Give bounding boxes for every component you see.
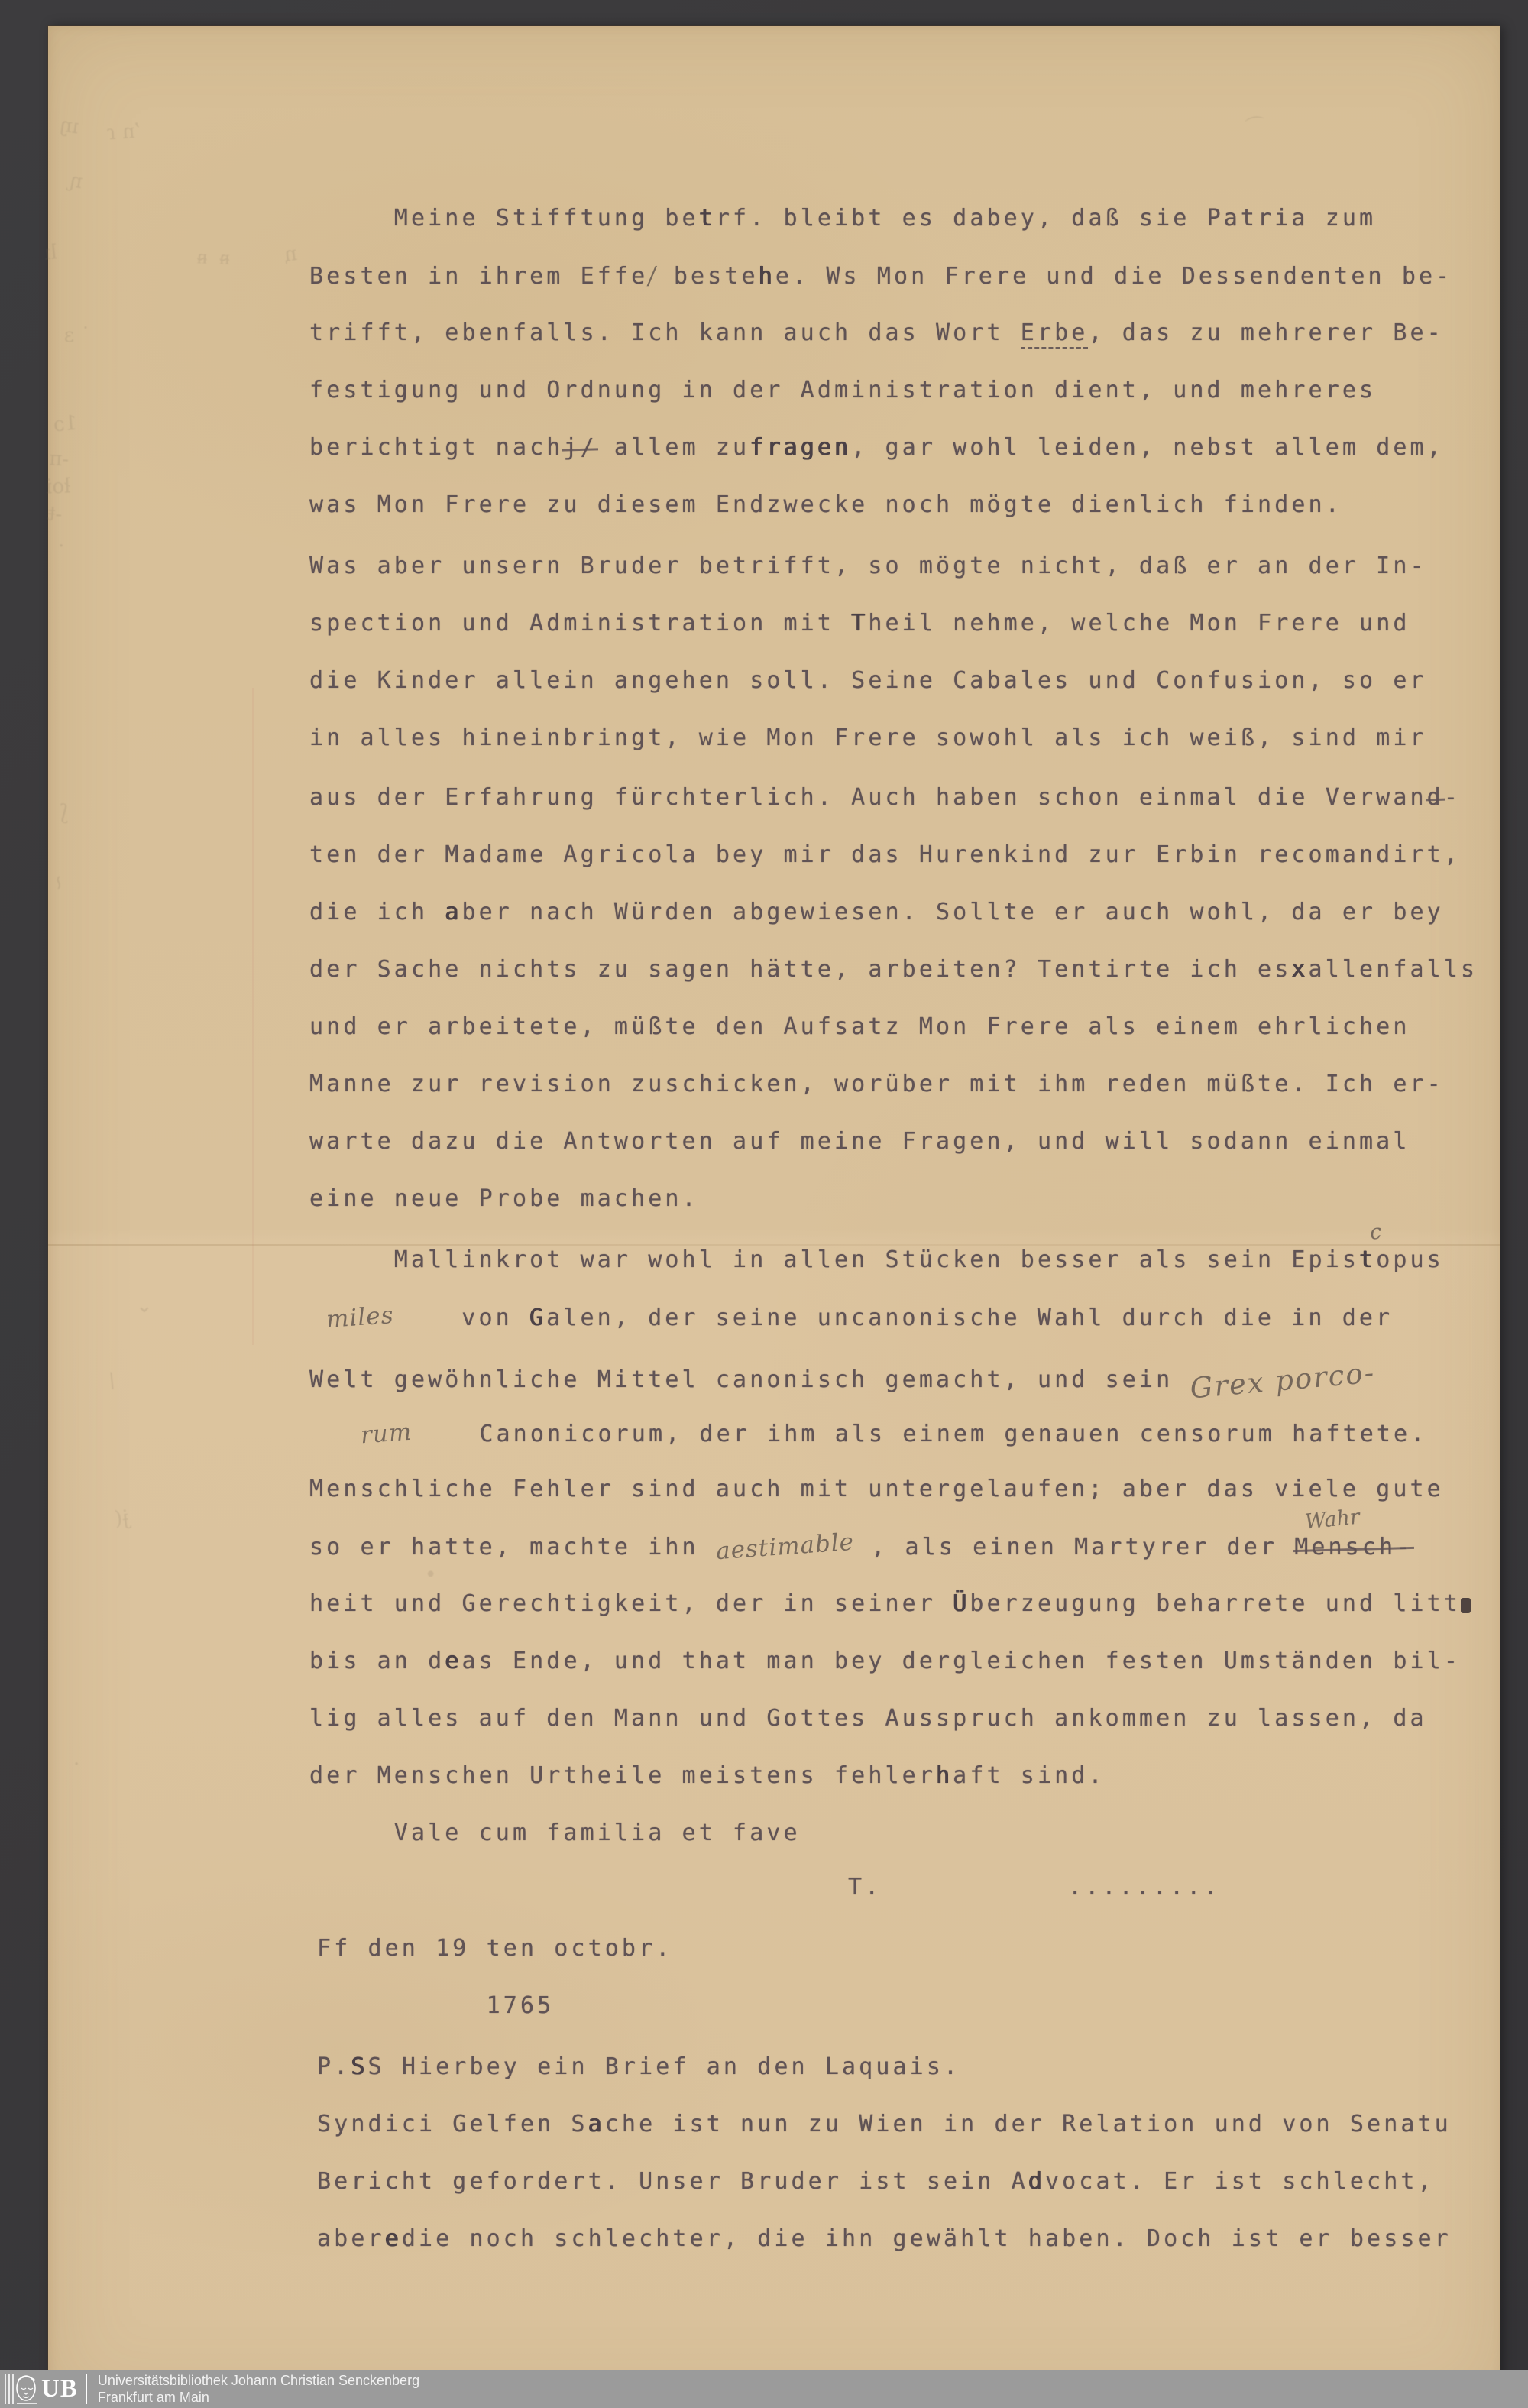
typed-text: Was aber unsern Bruder betrifft, so mögt…: [309, 553, 1427, 579]
typed-line: warte dazu die Antworten auf meine Frage…: [309, 1128, 1410, 1155]
typed-line: festigung und Ordnung in der Administrat…: [309, 377, 1376, 403]
typed-text: was Mon Frere zu diesem Endzwecke noch m…: [309, 491, 1342, 518]
typed-text: 1765: [317, 1992, 554, 2019]
library-name: Universitätsbibliothek Johann Christian …: [98, 2372, 419, 2389]
typed-line: lig alles auf den Mann und Gottes Ausspr…: [309, 1705, 1427, 1732]
ink-blot: [1461, 1598, 1471, 1613]
bleed-through-mark: łoi: [45, 475, 70, 498]
typed-text: j/: [563, 434, 597, 461]
typed-line: trifft, ebenfalls. Ich kann auch das Wor…: [309, 319, 1444, 346]
typed-text: T: [851, 610, 868, 637]
typed-text: P.: [317, 2053, 351, 2080]
typed-text: die Kinder allein angehen soll. Seine Ca…: [309, 667, 1427, 694]
typed-text: so er hatte, machte ihn: [309, 1534, 716, 1561]
typed-text: heit und Gerechtigkeit, der in seiner: [309, 1590, 953, 1617]
typed-line: berichtigt nachj/ allem zufragen, gar wo…: [309, 434, 1444, 461]
typed-text: warte dazu die Antworten auf meine Frage…: [309, 1128, 1410, 1155]
typed-text: aber: [317, 2225, 385, 2252]
bleed-through-mark: lı: [43, 241, 58, 265]
typed-text: lig alles auf den Mann und Gottes Ausspr…: [309, 1705, 1427, 1732]
typed-text: , als einen Martyrer der: [854, 1534, 1294, 1561]
typed-text: e: [445, 1648, 461, 1674]
typed-text: [882, 1874, 1068, 1901]
typed-text: Manne zur revision zuschicken, worüber m…: [309, 1071, 1444, 1097]
typed-line: der Menschen Urtheile meistens fehlerhaf…: [309, 1762, 1106, 1789]
typed-text: Vale cum familia et fave: [309, 1820, 801, 1846]
typed-line: ten der Madame Agricola bey mir das Hure…: [309, 841, 1461, 868]
typed-text: alen, der seine uncanonische Wahl durch …: [546, 1304, 1393, 1331]
typed-text: Erbe: [1021, 319, 1089, 349]
typed-line: die Kinder allein angehen soll. Seine Ca…: [309, 667, 1427, 694]
typed-line: spection und Administration mit Theil ne…: [309, 610, 1410, 637]
typed-line: P.SS Hierbey ein Brief an den Laquais.: [317, 2053, 960, 2080]
typed-text: der Sache nichts zu sagen hätte, arbeite…: [309, 956, 1291, 983]
typed-text: a: [588, 2111, 605, 2137]
typed-text: opus: [1376, 1246, 1444, 1273]
typed-text: , das zu mehrerer Be-: [1088, 319, 1443, 346]
typed-text: eine neue Probe machen.: [309, 1185, 699, 1212]
typed-line: Was aber unsern Bruder betrifft, so mögt…: [309, 553, 1427, 579]
typed-line: aus der Erfahrung fürchterlich. Auch hab…: [309, 784, 1461, 811]
typed-line: eine neue Probe machen.: [309, 1185, 699, 1212]
typed-text: ber nach Würden abgewiesen. Sollte er au…: [461, 899, 1443, 925]
typed-text: S Hierbey ein Brief an den Laquais.: [368, 2053, 961, 2080]
typed-text: allem zu: [597, 434, 749, 461]
bleed-through-mark: •: [425, 1564, 436, 1586]
typed-text: die noch schlechter, die ihn gewählt hab…: [402, 2225, 1452, 2252]
typed-line: der Sache nichts zu sagen hätte, arbeite…: [309, 956, 1478, 983]
bleed-through-mark: ᵰ ᵰ: [196, 245, 230, 269]
bleed-through-mark: ·: [58, 535, 64, 558]
typed-text: der Menschen Urtheile meistens fehler: [309, 1762, 936, 1789]
library-city: Frankfurt am Main: [98, 2389, 419, 2406]
handwritten-correction: c: [1368, 1220, 1382, 1244]
typed-line: in alles hineinbringt, wie Mon Frere sow…: [309, 724, 1427, 751]
typed-text: aus der Erfahrung fürchterlich. Auch hab…: [309, 784, 1427, 811]
typed-text: d: [1427, 784, 1444, 811]
handwritten-annotation: rum: [359, 1418, 413, 1450]
typed-text: Menschliche Fehler sind auch mit unterge…: [309, 1476, 1444, 1502]
bleed-through-mark: ɉ(: [113, 1506, 129, 1531]
typed-text: h: [936, 1762, 953, 1789]
typed-line: Ff den 19 ten octobr.: [317, 1935, 672, 1962]
typed-text: heil nehme, welche Mon Frere und: [868, 610, 1410, 637]
bleed-through-mark: ˙ ɜ: [64, 324, 91, 347]
scanned-letter-page: Meine Stifftung betrf. bleibt es dabey, …: [0, 0, 1528, 2408]
typed-text: S: [351, 2053, 367, 2080]
typed-text: ten der Madame Agricola bey mir das Hure…: [309, 841, 1461, 868]
typed-line: heit und Gerechtigkeit, der in seiner Üb…: [309, 1590, 1471, 1617]
typed-text: Canonicorum, der ihm als einem genauen c…: [412, 1421, 1428, 1447]
typed-text: che ist nun zu Wien in der Relation und …: [605, 2111, 1452, 2137]
typed-line: und er arbeitete, müßte den Aufsatz Mon …: [309, 1013, 1410, 1040]
typed-text: aft sind.: [953, 1762, 1105, 1789]
typed-line: Meine Stifftung betrf. bleibt es dabey, …: [309, 205, 1376, 232]
footer-divider: [86, 2374, 87, 2404]
library-footer: UB Universitätsbibliothek Johann Christi…: [0, 2370, 1528, 2408]
typed-line: was Mon Frere zu diesem Endzwecke noch m…: [309, 491, 1342, 518]
typed-text: bis an d: [309, 1648, 445, 1674]
typed-text: vocat. Er ist schlecht,: [1045, 2168, 1435, 2195]
typed-text: Bericht gefordert. Unser Bruder ist sein…: [317, 2168, 1028, 2195]
typed-text: e. Ws Mon Frere und die Dessendenten be-: [775, 263, 1452, 290]
typed-line: miles von Galen, der seine uncanonische …: [309, 1304, 1393, 1331]
typed-line: Menschliche Fehler sind auch mit unterge…: [309, 1476, 1444, 1502]
typed-text: festigung und Ordnung in der Administrat…: [309, 377, 1376, 403]
typed-text: in alles hineinbringt, wie Mon Frere sow…: [309, 724, 1427, 751]
ub-logo-text: UB: [41, 2375, 78, 2403]
typed-line: bis an deas Ende, und that man bey dergl…: [309, 1648, 1461, 1674]
bleed-through-mark: ≀: [54, 871, 63, 895]
typed-text: allenfalls: [1309, 956, 1478, 983]
typed-line: Bericht gefordert. Unser Bruder ist sein…: [317, 2168, 1435, 2195]
typed-text: h: [759, 263, 775, 290]
typed-text: Besten in ihrem Effe: [309, 263, 648, 290]
bleed-through-mark: ⌄: [136, 1295, 153, 1317]
typed-text: Welt gewöhnliche Mittel canonisch gemach…: [309, 1366, 1190, 1393]
typed-text: a: [445, 899, 461, 925]
bleed-through-mark: ıŋ: [58, 113, 80, 138]
typed-line: 1765: [317, 1992, 554, 2019]
typed-text: Mensch-: [1294, 1534, 1413, 1561]
typed-text: berzeugung beharrete und litt: [970, 1590, 1461, 1617]
bleed-through-mark: -п: [48, 447, 70, 471]
typed-line: Mallinkrot war wohl in allen Stücken bes…: [309, 1246, 1444, 1273]
typed-text: rf. bleibt es dabey, daß sie Patria zum: [716, 205, 1376, 232]
typed-text: fragen: [749, 434, 851, 461]
typed-text: as Ende, und that man bey dergleichen fe…: [461, 1648, 1461, 1674]
typed-line: T. .........: [848, 1874, 1221, 1901]
typed-text: [309, 1421, 361, 1447]
vertical-crease: [252, 688, 254, 1345]
typed-line: aberedie noch schlechter, die ihn gewähl…: [317, 2225, 1452, 2252]
typed-line: rum Canonicorum, der ihm als einem genau…: [309, 1420, 1427, 1447]
typed-line: die ich aber nach Würden abgewiesen. Sol…: [309, 899, 1444, 925]
typed-text: , gar wohl leiden, nebst allem dem,: [851, 434, 1444, 461]
typed-text: trifft, ebenfalls. Ich kann auch das Wor…: [309, 319, 1021, 346]
bleed-through-mark: 1ɔ: [53, 412, 79, 437]
corrected-text: Mensch-Wahr: [1294, 1534, 1413, 1561]
typed-text: T.: [848, 1874, 882, 1901]
typed-text: berichtigt nach: [309, 434, 563, 461]
typed-text: Mallinkrot war wohl in allen Stücken bes…: [309, 1246, 1359, 1273]
typed-text: .........: [1068, 1874, 1220, 1901]
typed-text: von: [394, 1304, 529, 1331]
typed-text: Syndici Gelfen S: [317, 2111, 588, 2137]
corrected-text: tc: [1359, 1246, 1376, 1273]
typed-text: Ü: [953, 1590, 970, 1617]
typed-text: t: [699, 205, 716, 232]
typed-text: G: [529, 1304, 546, 1331]
typed-line: Vale cum familia et fave: [309, 1820, 801, 1846]
typed-line: Manne zur revision zuschicken, worüber m…: [309, 1071, 1444, 1097]
bleed-through-mark: -ŧ: [47, 502, 63, 526]
handwritten-annotation: aestimable: [715, 1528, 855, 1566]
typed-text: Ff den 19 ten octobr.: [317, 1935, 672, 1962]
typed-line: Besten in ihrem Effe∕ bestehe. Ws Mon Fr…: [309, 262, 1452, 290]
typed-text: d: [1028, 2168, 1045, 2195]
ub-logo: UB: [0, 2370, 78, 2408]
typed-line: so er hatte, machte ihn aestimable , als…: [309, 1533, 1413, 1561]
bleed-through-mark: ʼn ɾ: [106, 119, 142, 144]
bleed-through-mark: ·: [73, 1753, 79, 1776]
typed-text: -: [1444, 784, 1461, 811]
typed-text: e: [385, 2225, 402, 2252]
typed-text: t: [1359, 1246, 1376, 1273]
typed-line: Syndici Gelfen Sache ist nun zu Wien in …: [317, 2111, 1452, 2137]
typed-text: Meine Stifftung be: [309, 205, 699, 232]
library-portrait-icon: [3, 2371, 40, 2406]
handwritten-annotation: miles: [325, 1301, 395, 1334]
typed-text: beste: [657, 263, 759, 290]
typed-text: und er arbeitete, müßte den Aufsatz Mon …: [309, 1013, 1410, 1040]
typed-text: die ich: [309, 899, 445, 925]
typed-text: [309, 1304, 326, 1331]
typed-text: spection und Administration mit: [309, 610, 851, 637]
typed-line: Welt gewöhnliche Mittel canonisch gemach…: [309, 1361, 1375, 1394]
typed-text: x: [1291, 956, 1308, 983]
